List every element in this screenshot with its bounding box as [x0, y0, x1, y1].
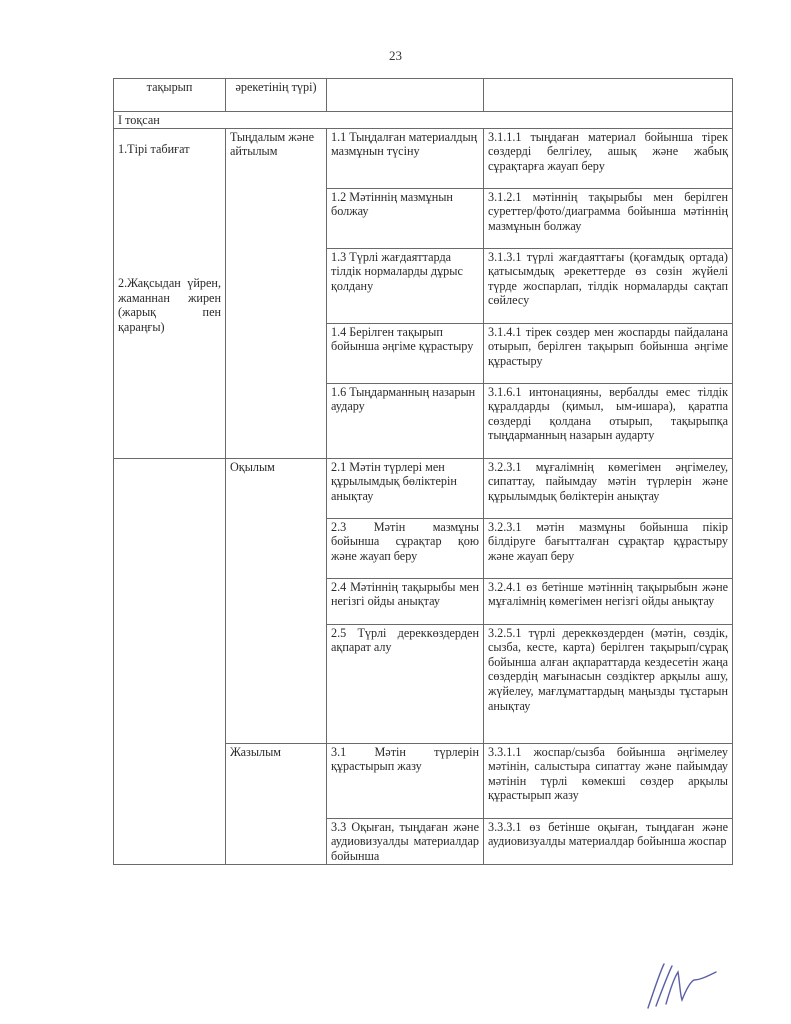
- outcome-cell: 3.2.5.1 түрлі дереккөздерден (мәтін, сөз…: [484, 624, 733, 743]
- objective-cell: 2.4 Мәтіннің тақырыбы мен негізгі ойды а…: [327, 578, 484, 624]
- objective-cell: 2.1 Мәтін түрлері мен құрылымдық бөлікте…: [327, 458, 484, 518]
- outcome-cell: 3.3.3.1 өз бетінше оқыған, тыңдаған және…: [484, 818, 733, 864]
- table-header-row: тақырып әрекетінің түрі): [114, 79, 733, 112]
- page-number: 23: [0, 48, 791, 64]
- objective-cell: 3.3 Оқыған, тыңдаған және аудиовизуалды …: [327, 818, 484, 864]
- topic-cell-empty: [114, 458, 226, 864]
- objective-cell: 2.3 Мәтін мазмұны бойынша сұрақтар қою ж…: [327, 518, 484, 578]
- objective-cell: 1.3 Түрлі жағдаяттарда тілдік нормаларды…: [327, 248, 484, 323]
- activity-cell: Оқылым: [226, 458, 327, 743]
- header-activity-type: әрекетінің түрі): [226, 79, 327, 112]
- quarter-row: I тоқсан: [114, 112, 733, 129]
- table-row: Оқылым 2.1 Мәтін түрлері мен құрылымдық …: [114, 458, 733, 518]
- outcome-cell: 3.3.1.1 жоспар/сызба бойынша әңгімелеу м…: [484, 743, 733, 818]
- header-topic: тақырып: [114, 79, 226, 112]
- objective-cell: 1.1 Тыңдалған материалдың мазмұнын түсін…: [327, 128, 484, 188]
- outcome-cell: 3.2.4.1 өз бетінше мәтіннің тақырыбын жә…: [484, 578, 733, 624]
- outcome-cell: 3.1.1.1 тыңдаған материал бойынша тірек …: [484, 128, 733, 188]
- topic-2: 2.Жақсыдан үйрен, жаманнан жирен (жарық …: [118, 276, 221, 334]
- objective-cell: 1.2 Мәтіннің мазмұнын болжау: [327, 188, 484, 248]
- activity-cell: Жазылым: [226, 743, 327, 864]
- topic-cell: 1.Тірі табиғат 2.Жақсыдан үйрен, жаманна…: [114, 128, 226, 458]
- outcome-cell: 3.1.4.1 тірек сөздер мен жоспарды пайдал…: [484, 323, 733, 383]
- objective-cell: 1.4 Берілген тақырып бойынша әңгіме құра…: [327, 323, 484, 383]
- curriculum-table: тақырып әрекетінің түрі) I тоқсан 1.Тірі…: [113, 78, 733, 865]
- outcome-cell: 3.2.3.1 мәтін мазмұны бойынша пікір білд…: [484, 518, 733, 578]
- objective-cell: 2.5 Түрлі дереккөздерден ақпарат алу: [327, 624, 484, 743]
- handwritten-signature-icon: [630, 960, 720, 1010]
- objective-cell: 3.1 Мәтін түрлерін құрастырып жазу: [327, 743, 484, 818]
- outcome-cell: 3.1.2.1 мәтіннің тақырыбы мен берілген с…: [484, 188, 733, 248]
- outcome-cell: 3.1.6.1 интонацияны, вербалды емес тілді…: [484, 383, 733, 458]
- activity-cell: Тыңдалым және айтылым: [226, 128, 327, 458]
- outcome-cell: 3.1.3.1 түрлі жағдаяттағы (қоғамдық орта…: [484, 248, 733, 323]
- outcome-cell: 3.2.3.1 мұғалімнің көмегімен әңгімелеу, …: [484, 458, 733, 518]
- topic-1: 1.Тірі табиғат: [118, 142, 221, 157]
- table-row: 1.Тірі табиғат 2.Жақсыдан үйрен, жаманна…: [114, 128, 733, 188]
- objective-cell: 1.6 Тыңдарманның назарын аудару: [327, 383, 484, 458]
- header-col3: [327, 79, 484, 112]
- header-col4: [484, 79, 733, 112]
- quarter-label: I тоқсан: [114, 112, 733, 129]
